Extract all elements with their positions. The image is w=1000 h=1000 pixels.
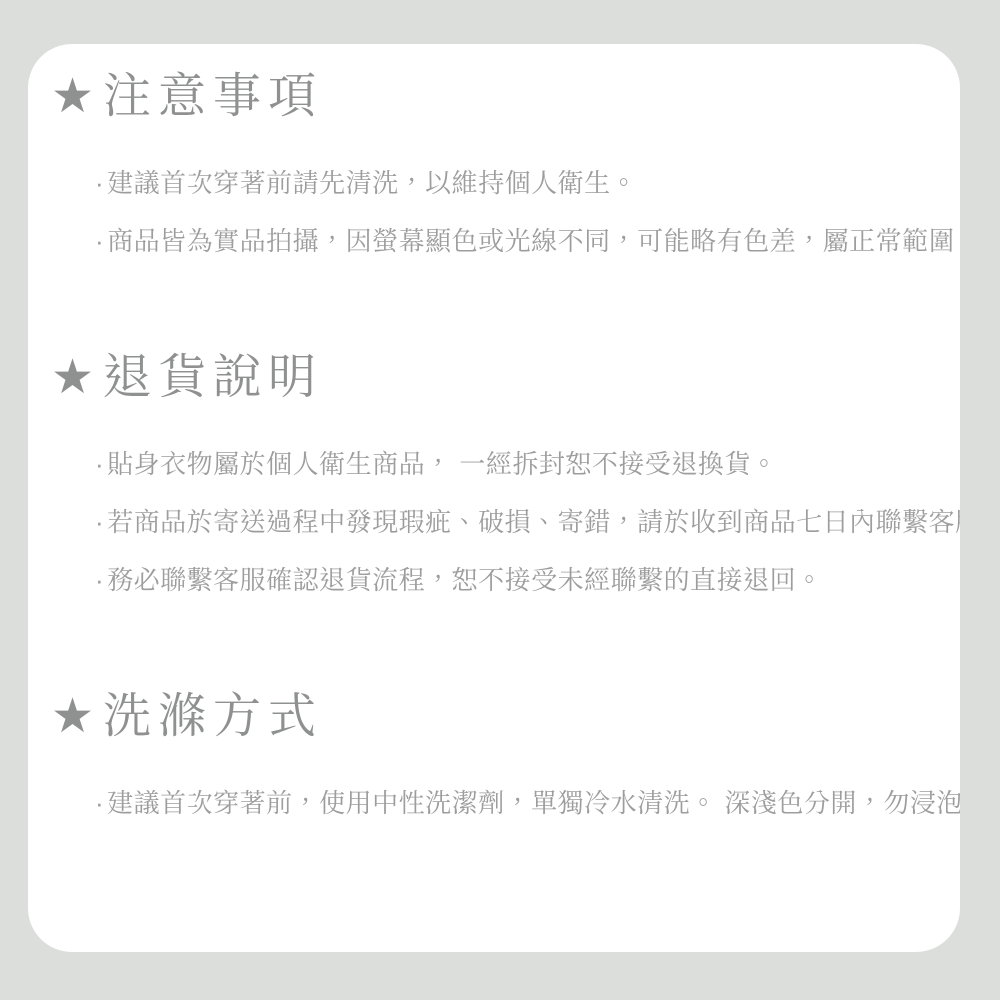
bullet-item: ·商品皆為實品拍攝，因螢幕顯色或光線不同，可能略有色差，屬正常範圍。 (95, 226, 960, 257)
bullet-item: ·務必聯繫客服確認退貨流程，恕不接受未經聯繫的直接退回。 (95, 565, 960, 596)
bullet-item: ·貼身衣物屬於個人衛生商品， 一經拆封恕不接受退換貨。 (95, 449, 960, 480)
section-returns-heading: ★退貨說明 (51, 349, 960, 407)
star-icon: ★ (51, 688, 101, 746)
bullet-dot-icon: · (95, 226, 104, 257)
star-icon: ★ (51, 68, 101, 126)
star-icon: ★ (51, 349, 101, 407)
bullet-item: ·若商品於寄送過程中發現瑕疵、破損、寄錯，請於收到商品七日內聯繫客服。 (95, 507, 960, 538)
bullet-item: ·建議首次穿著前，使用中性洗潔劑，單獨冷水清洗。 深淺色分開，勿浸泡。 (95, 788, 960, 819)
section-notes-title-text: 注意事項 (103, 70, 323, 123)
section-notes-heading: ★注意事項 (51, 68, 960, 126)
section-notes-bullet-list: ·建議首次穿著前請先清洗，以維持個人衛生。 ·商品皆為實品拍攝，因螢幕顯色或光線… (51, 168, 960, 257)
bullet-text: 務必聯繫客服確認退貨流程，恕不接受未經聯繫的直接退回。 (107, 565, 823, 595)
bullet-text: 商品皆為實品拍攝，因螢幕顯色或光線不同，可能略有色差，屬正常範圍。 (107, 226, 960, 256)
product-info-card: ★注意事項 ·建議首次穿著前請先清洗，以維持個人衛生。 ·商品皆為實品拍攝，因螢… (28, 44, 960, 952)
section-washing-bullet-list: ·建議首次穿著前，使用中性洗潔劑，單獨冷水清洗。 深淺色分開，勿浸泡。 (51, 788, 960, 819)
section-washing-heading: ★洗滌方式 (51, 688, 960, 746)
bullet-dot-icon: · (95, 788, 104, 819)
bullet-item: ·建議首次穿著前請先清洗，以維持個人衛生。 (95, 168, 960, 199)
bullet-dot-icon: · (95, 565, 104, 596)
section-washing: ★洗滌方式 ·建議首次穿著前，使用中性洗潔劑，單獨冷水清洗。 深淺色分開，勿浸泡… (51, 688, 960, 819)
bullet-text: 貼身衣物屬於個人衛生商品， 一經拆封恕不接受退換貨。 (107, 449, 777, 479)
bullet-dot-icon: · (95, 507, 104, 538)
bullet-text: 建議首次穿著前請先清洗，以維持個人衛生。 (107, 168, 637, 198)
bullet-text: 建議首次穿著前，使用中性洗潔劑，單獨冷水清洗。 深淺色分開，勿浸泡。 (107, 788, 960, 818)
section-returns-bullet-list: ·貼身衣物屬於個人衛生商品， 一經拆封恕不接受退換貨。 ·若商品於寄送過程中發現… (51, 449, 960, 597)
page-background: ★注意事項 ·建議首次穿著前請先清洗，以維持個人衛生。 ·商品皆為實品拍攝，因螢… (0, 0, 1000, 1000)
bullet-text: 若商品於寄送過程中發現瑕疵、破損、寄錯，請於收到商品七日內聯繫客服。 (107, 507, 960, 537)
section-washing-title-text: 洗滌方式 (103, 690, 323, 743)
bullet-dot-icon: · (95, 168, 104, 199)
section-notes: ★注意事項 ·建議首次穿著前請先清洗，以維持個人衛生。 ·商品皆為實品拍攝，因螢… (51, 68, 960, 257)
section-returns-title-text: 退貨說明 (103, 351, 323, 404)
bullet-dot-icon: · (95, 449, 104, 480)
section-returns: ★退貨說明 ·貼身衣物屬於個人衛生商品， 一經拆封恕不接受退換貨。 ·若商品於寄… (51, 349, 960, 596)
